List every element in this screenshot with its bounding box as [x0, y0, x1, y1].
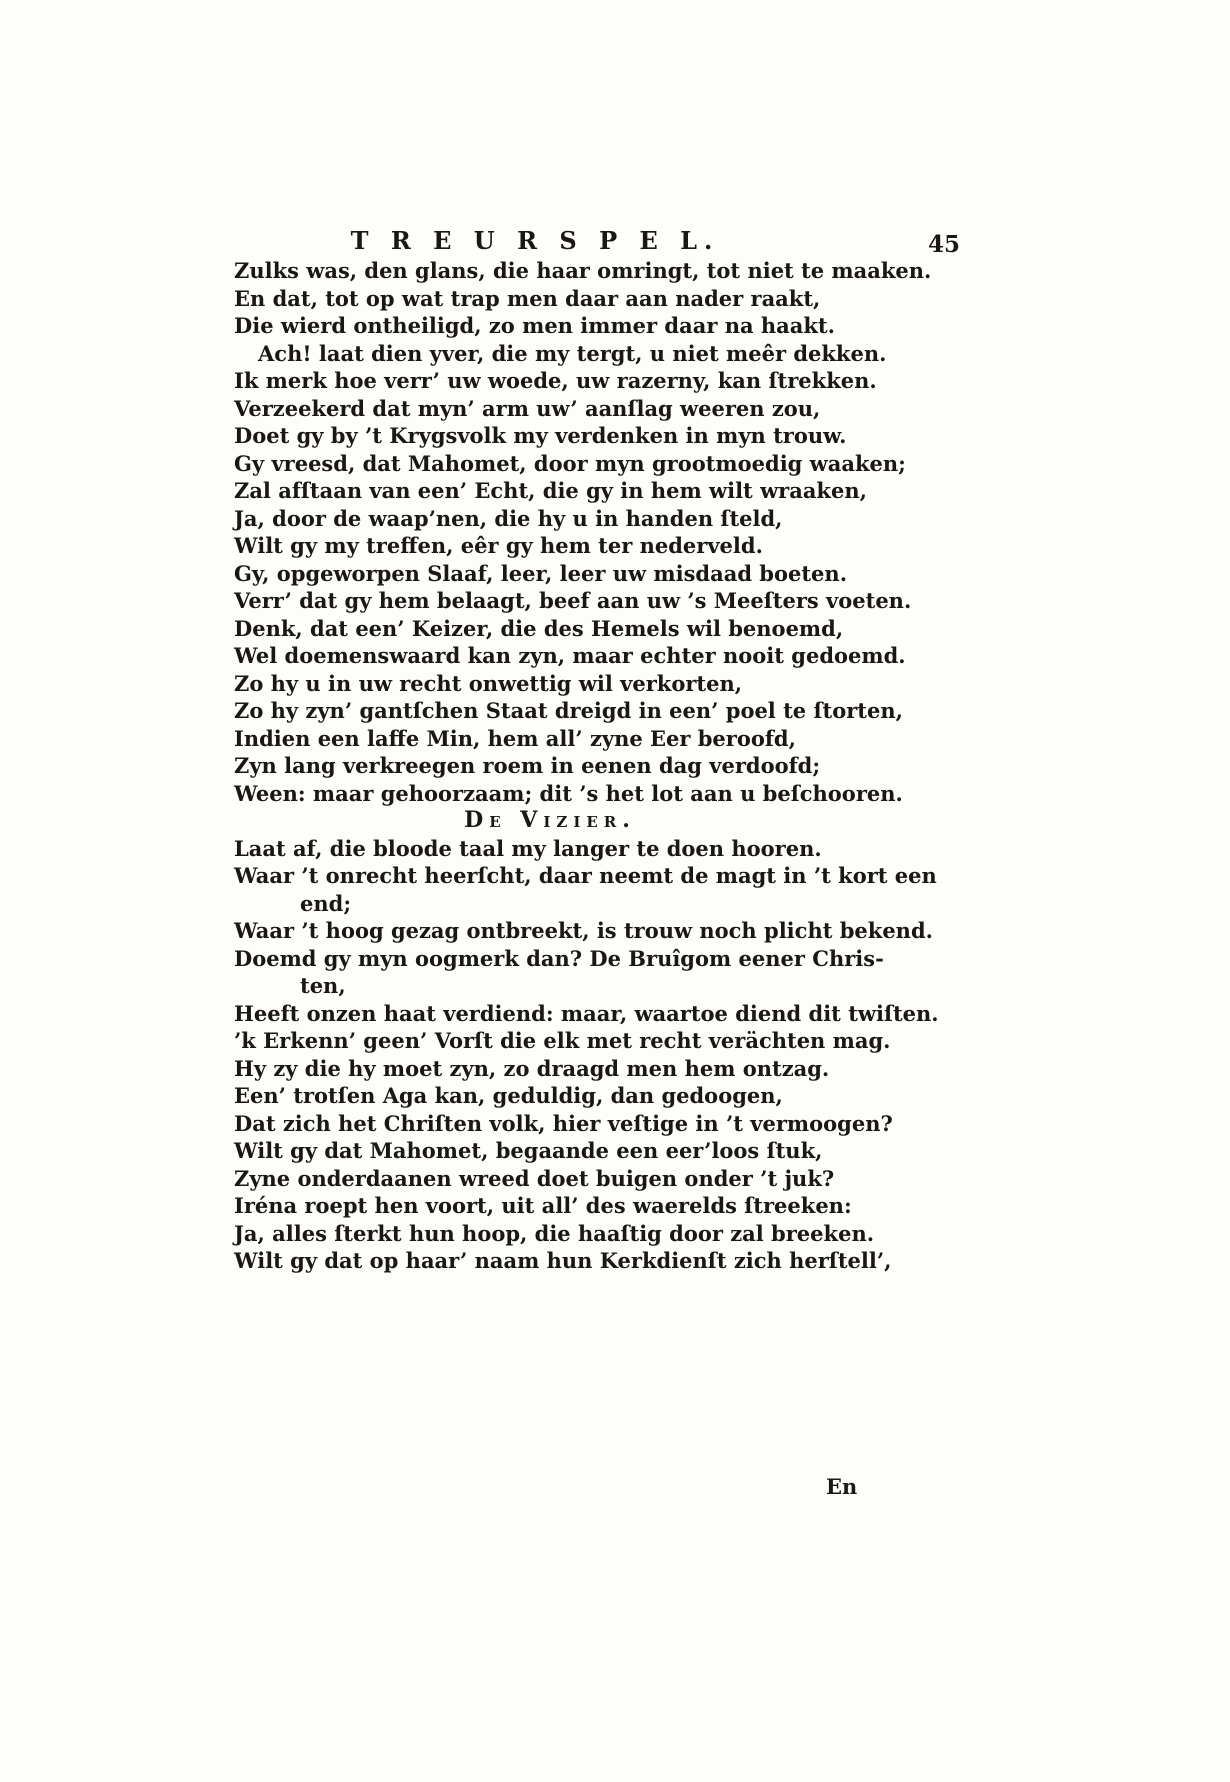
verse-line: Ja, door de waap’nen, die hy u in handen… [234, 505, 866, 533]
verse-line: Een’ trotſen Aga kan, geduldig, dan gedo… [234, 1082, 866, 1110]
text-block: Zulks was, den glans, die haar omringt, … [234, 257, 866, 1275]
speech-block: Laat af, die bloode taal my langer te do… [234, 835, 866, 1275]
verse-line: Doet gy by ’t Krygsvolk my verdenken in … [234, 422, 866, 450]
verse-line: Waar ’t onrecht heerſcht, daar neemt de … [234, 862, 866, 890]
verse-line: Zo hy zyn’ gantſchen Staat dreigd in een… [234, 697, 866, 725]
verse-line: Ja, alles ſterkt hun hoop, die haaſtig d… [234, 1220, 866, 1248]
verse-line: Zyn lang verkreegen roem in eenen dag ve… [234, 752, 866, 780]
verse-line: Verzeekerd dat myn’ arm uw’ aanſlag weer… [234, 395, 866, 423]
verse-line: Indien een laffe Min, hem all’ zyne Eer … [234, 725, 866, 753]
speaker-heading: De Vizier. [234, 807, 866, 835]
verse-line: Zulks was, den glans, die haar omringt, … [234, 257, 866, 285]
monologue-block: Zulks was, den glans, die haar omringt, … [234, 257, 866, 807]
verse-line: Doemd gy myn oogmerk dan? De Bruîgom een… [234, 945, 866, 973]
verse-line: Waar ’t hoog gezag ontbreekt, is trouw n… [234, 917, 866, 945]
book-page: T R E U R S P E L. 45 Zulks was, den gla… [0, 0, 1230, 1782]
verse-line: end; [300, 890, 866, 918]
verse-line: Dat zich het Chriſten volk, hier veſtige… [234, 1110, 866, 1138]
page-title: T R E U R S P E L. [320, 226, 750, 255]
verse-line: Denk, dat een’ Keizer, die des Hemels wi… [234, 615, 866, 643]
verse-line: Gy, opgeworpen Slaaf, leer, leer uw misd… [234, 560, 866, 588]
verse-line: Laat af, die bloode taal my langer te do… [234, 835, 866, 863]
verse-line: ’k Erkenn’ geen’ Vorſt die elk met recht… [234, 1027, 866, 1055]
verse-line: Die wierd ontheiligd, zo men immer daar … [234, 312, 866, 340]
verse-line: Verr’ dat gy hem belaagt, beef aan uw ’s… [234, 587, 866, 615]
verse-line: Zal afſtaan van een’ Echt, die gy in hem… [234, 477, 866, 505]
verse-line: Wilt gy my treffen, eêr gy hem ter neder… [234, 532, 866, 560]
verse-line: Iréna roept hen voort, uit all’ des waer… [234, 1192, 866, 1220]
verse-line: Wel doemenswaard kan zyn, maar echter no… [234, 642, 866, 670]
verse-line: En dat, tot op wat trap men daar aan nad… [234, 285, 866, 313]
verse-line: Ween: maar gehoorzaam; dit ’s het lot aa… [234, 780, 866, 808]
verse-line: Hy zy die hy moet zyn, zo draagd men hem… [234, 1055, 866, 1083]
catchword: En [826, 1474, 857, 1499]
page-number: 45 [928, 231, 960, 258]
verse-line: Zo hy u in uw recht onwettig wil verkort… [234, 670, 866, 698]
verse-line: Gy vreesd, dat Mahomet, door myn grootmo… [234, 450, 866, 478]
verse-line: Ach! laat dien yver, die my tergt, u nie… [258, 340, 866, 368]
verse-line: Zyne onderdaanen wreed doet buigen onder… [234, 1165, 866, 1193]
verse-line: Wilt gy dat Mahomet, begaande een eer’lo… [234, 1137, 866, 1165]
verse-line: Ik merk hoe verr’ uw woede, uw razerny, … [234, 367, 866, 395]
verse-line: Heeft onzen haat verdiend: maar, waartoe… [234, 1000, 866, 1028]
verse-line: ten, [300, 972, 866, 1000]
verse-line: Wilt gy dat op haar’ naam hun Kerkdienſt… [234, 1247, 866, 1275]
